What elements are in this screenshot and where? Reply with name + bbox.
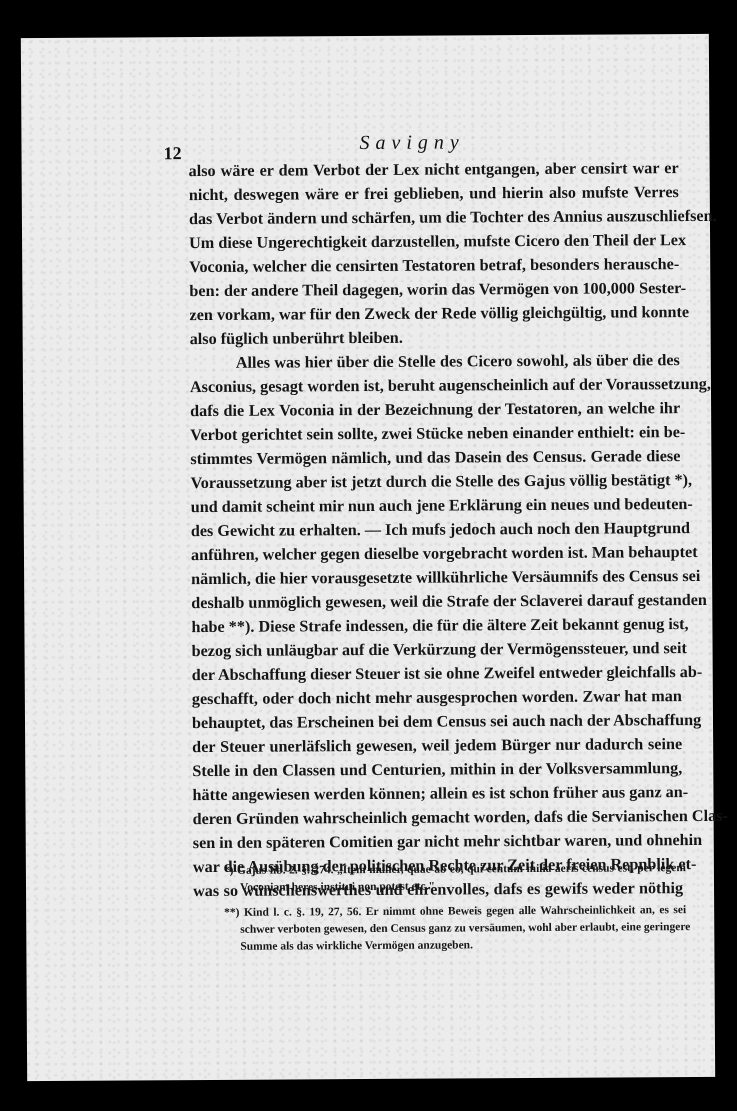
text-line: zen vorkam, war für den Zweck der Rede v… bbox=[189, 300, 679, 327]
text-line: Asconius, gesagt worden ist, beruht auge… bbox=[190, 372, 680, 399]
text-line: dafs die Lex Voconia in der Bezeichnung … bbox=[190, 396, 680, 423]
footnote-2: **) Kind l. c. §. 19, 27, 56. Er nimmt o… bbox=[224, 902, 686, 956]
text-line: des Gewicht zu erhalten. — Ich mufs jedo… bbox=[191, 516, 681, 543]
scanned-page: 12 Savigny also wäre er dem Verbot der L… bbox=[21, 34, 715, 1081]
text-line: behauptet, das Erscheinen bei dem Census… bbox=[192, 708, 682, 735]
text-line: der Abschaffung dieser Steuer ist sie oh… bbox=[192, 660, 682, 687]
text-line: also wäre er dem Verbot der Lex nicht en… bbox=[189, 156, 679, 183]
text-line: hätte angewiesen werden können; allein e… bbox=[192, 780, 682, 807]
text-line: deshalb unmöglich gewesen, weil die Stra… bbox=[191, 588, 681, 615]
text-line: habe **). Diese Strafe indessen, die für… bbox=[191, 612, 681, 639]
text-line: Voraussetzung aber ist jetzt durch die S… bbox=[190, 468, 680, 495]
text-line: Um diese Ungerechtigkeit darzustellen, m… bbox=[189, 228, 679, 255]
text-line: geschafft, oder doch nicht mehr ausgespr… bbox=[192, 684, 682, 711]
text-line: nicht, deswegen wäre er frei geblieben, … bbox=[189, 180, 679, 207]
text-line: bezog sich unläugbar auf die Verkürzung … bbox=[191, 636, 681, 663]
text-line: sen in den späteren Comitien gar nicht m… bbox=[193, 828, 683, 855]
text-line: deren Gründen wahrscheinlich gemacht wor… bbox=[193, 804, 683, 831]
footnote-line: *) Gajus lib. 2. §. 274. „Item mulier, q… bbox=[224, 860, 686, 880]
text-line: Stelle in den Classen und Centurien, mit… bbox=[192, 756, 682, 783]
text-line: Voconia, welcher die censirten Testatore… bbox=[189, 252, 679, 279]
text-line: anführen, welcher gegen dieselbe vorgebr… bbox=[191, 540, 681, 567]
footnote-1: *) Gajus lib. 2. §. 274. „Item mulier, q… bbox=[224, 860, 686, 897]
body-text: also wäre er dem Verbot der Lex nicht en… bbox=[189, 156, 684, 903]
footnotes: *) Gajus lib. 2. §. 274. „Item mulier, q… bbox=[224, 860, 687, 964]
text-line: Alles was hier über die Stelle des Cicer… bbox=[190, 348, 680, 375]
text-line: und damit scheint mir nun auch jene Erkl… bbox=[191, 492, 681, 519]
text-line: nämlich, die hier vorausgesetzte willküh… bbox=[191, 564, 681, 591]
page-number: 12 bbox=[163, 143, 181, 164]
footnote-line: Voconiam heres institui non potest etc." bbox=[224, 877, 686, 897]
text-line: der Steuer unerläfslich gewesen, weil je… bbox=[192, 732, 682, 759]
text-line: Verbot gerichtet sein sollte, zwei Stück… bbox=[190, 420, 680, 447]
running-head: Savigny bbox=[359, 131, 464, 155]
text-line: das Verbot ändern und schärfen, um die T… bbox=[189, 204, 679, 231]
footnote-line: schwer verboten gewesen, den Census ganz… bbox=[224, 919, 686, 939]
text-line: also füglich unberührt bleiben. bbox=[190, 324, 680, 351]
text-line: ben: der andere Theil dagegen, worin das… bbox=[189, 276, 679, 303]
text-line: stimmtes Vermögen nämlich, und das Dasei… bbox=[190, 444, 680, 471]
footnote-line: Summe als das wirkliche Vermögen anzugeb… bbox=[224, 936, 686, 956]
